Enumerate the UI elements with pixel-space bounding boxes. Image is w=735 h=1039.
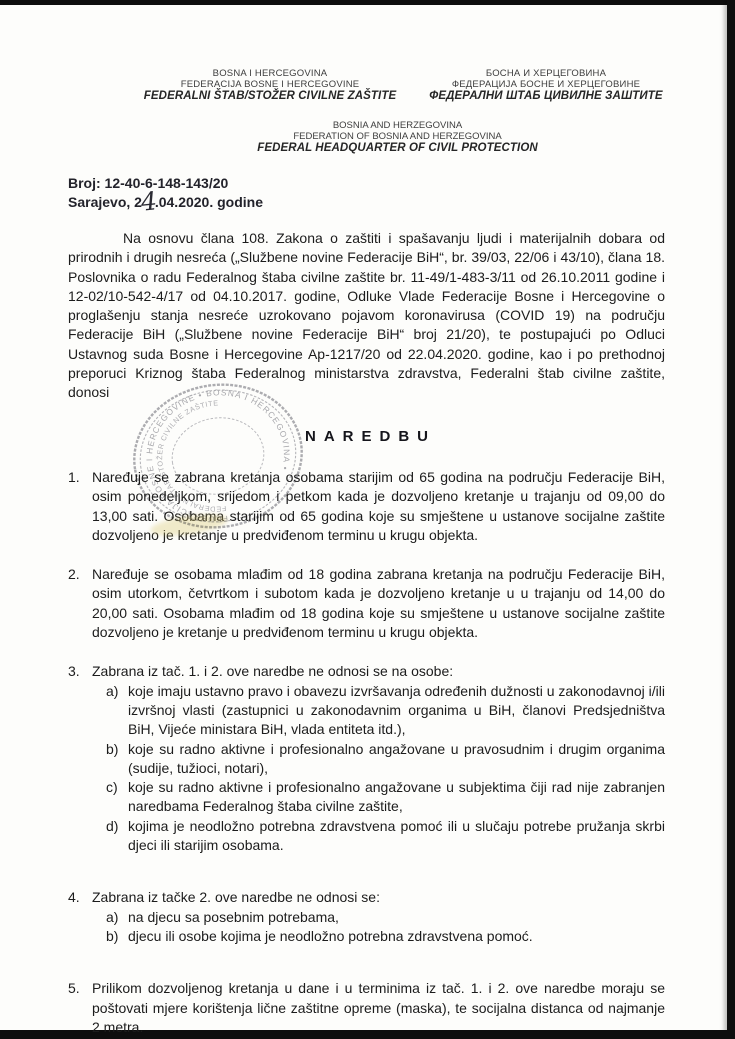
item-text-with-sublist: Zabrana iz tač. 1. i 2. ove naredbe ne o… bbox=[92, 662, 665, 855]
letterhead-latin-line2: FEDERACIJA BOSNE I HERCEGOVINE bbox=[135, 79, 405, 90]
sub-label: b) bbox=[106, 927, 128, 946]
handwritten-digit: 4 bbox=[141, 201, 157, 203]
letterhead-english-line2: FEDERATION OF BOSNIA AND HERZEGOVINA bbox=[205, 131, 590, 142]
item-number: 4. bbox=[68, 888, 92, 946]
sub-label: c) bbox=[106, 778, 128, 817]
sub-text: koje su radno aktivne i profesionalno an… bbox=[128, 740, 665, 779]
document-date-line: Sarajevo, 24.04.2020. godine bbox=[68, 193, 263, 212]
sub-item-3a: a) koje imaju ustavno pravo i obavezu iz… bbox=[106, 682, 665, 740]
letterhead-cyrillic-line2: ФЕДЕРАЦИЈА БОСНЕ И ХЕРЦЕГОВИНЕ bbox=[412, 79, 680, 90]
item-number: 5. bbox=[68, 979, 92, 1037]
scan-edge-top bbox=[0, 0, 735, 5]
order-item-4: 4. Zabrana iz tačke 2. ove naredbe ne od… bbox=[68, 888, 665, 946]
sub-item-3c: c) koje su radno aktivne i profesionalno… bbox=[106, 778, 665, 817]
item-number: 2. bbox=[68, 565, 92, 642]
item-text: Zabrana iz tač. 1. i 2. ove naredbe ne o… bbox=[92, 663, 453, 679]
item-number: 1. bbox=[68, 468, 92, 545]
sub-item-4b: b) djecu ili osobe kojima je neodložno p… bbox=[106, 927, 665, 946]
sublist-item-3: a) koje imaju ustavno pravo i obavezu iz… bbox=[106, 682, 665, 856]
letterhead-cyrillic-line3: ФЕДЕРАЛНИ ШТАБ ЦИВИЛНЕ ЗАШТИТЕ bbox=[412, 91, 680, 102]
letterhead-cyrillic-line1: БОСНА И ХЕРЦЕГОВИНА bbox=[412, 68, 680, 79]
item-text: Prilikom dozvoljenog kretanja u dane i u… bbox=[92, 979, 665, 1037]
item-text: Naređuje se osobama mlađim od 18 godina … bbox=[92, 565, 665, 642]
sub-text: djecu ili osobe kojima je neodložno potr… bbox=[128, 927, 665, 946]
item-text: Zabrana iz tačke 2. ove naredbe ne odnos… bbox=[92, 889, 380, 905]
document-number: Broj: 12-40-6-148-143/20 bbox=[68, 174, 263, 193]
sublist-item-4: a) na djecu sa posebnim potrebama, b) dj… bbox=[106, 908, 665, 947]
order-item-2: 2. Naređuje se osobama mlađim od 18 godi… bbox=[68, 565, 665, 642]
sub-label: a) bbox=[106, 908, 128, 927]
sub-item-3d: d) kojima je neodložno potrebna zdravstv… bbox=[106, 817, 665, 856]
letterhead-english-line3: FEDERAL HEADQUARTER OF CIVIL PROTECTION bbox=[205, 143, 590, 154]
document-meta: Broj: 12-40-6-148-143/20 Sarajevo, 24.04… bbox=[68, 174, 263, 212]
order-items: 1. Naređuje se zabrana kretanja osobama … bbox=[68, 468, 665, 1037]
item-text-with-sublist: Zabrana iz tačke 2. ove naredbe ne odnos… bbox=[92, 888, 665, 946]
preamble-paragraph: Na osnovu člana 108. Zakona o zaštiti i … bbox=[68, 229, 665, 403]
date-suffix: .04.2020. godine bbox=[155, 194, 263, 210]
sub-text: koje su radno aktivne i profesionalno an… bbox=[128, 778, 665, 817]
order-item-3: 3. Zabrana iz tač. 1. i 2. ove naredbe n… bbox=[68, 662, 665, 855]
date-prefix: Sarajevo, 2 bbox=[68, 194, 142, 210]
sub-item-4a: a) na djecu sa posebnim potrebama, bbox=[106, 908, 665, 927]
order-item-5: 5. Prilikom dozvoljenog kretanja u dane … bbox=[68, 979, 665, 1037]
item-number: 3. bbox=[68, 662, 92, 855]
sub-text: koje imaju ustavno pravo i obavezu izvrš… bbox=[128, 682, 665, 740]
letterhead-latin: BOSNA I HERCEGOVINA FEDERACIJA BOSNE I H… bbox=[135, 68, 405, 102]
letterhead-english: BOSNIA AND HERZEGOVINA FEDERATION OF BOS… bbox=[205, 120, 590, 154]
letterhead-latin-line1: BOSNA I HERCEGOVINA bbox=[135, 68, 405, 79]
letterhead-cyrillic: БОСНА И ХЕРЦЕГОВИНА ФЕДЕРАЦИЈА БОСНЕ И Х… bbox=[412, 68, 680, 102]
scan-edge-right bbox=[727, 0, 735, 1039]
document-body: Na osnovu člana 108. Zakona o zaštiti i … bbox=[68, 229, 665, 1037]
sub-label: b) bbox=[106, 740, 128, 779]
sub-label: d) bbox=[106, 817, 128, 856]
letterhead-english-line1: BOSNIA AND HERZEGOVINA bbox=[205, 120, 590, 131]
letterhead-latin-line3: FEDERALNI ŠTAB/STOŽER CIVILNE ZAŠTITE bbox=[135, 91, 405, 102]
order-title: NAREDBU bbox=[68, 427, 665, 446]
sub-text: na djecu sa posebnim potrebama, bbox=[128, 908, 665, 927]
sub-item-3b: b) koje su radno aktivne i profesionalno… bbox=[106, 740, 665, 779]
sub-text: kojima je neodložno potrebna zdravstvena… bbox=[128, 817, 665, 856]
sub-label: a) bbox=[106, 682, 128, 740]
